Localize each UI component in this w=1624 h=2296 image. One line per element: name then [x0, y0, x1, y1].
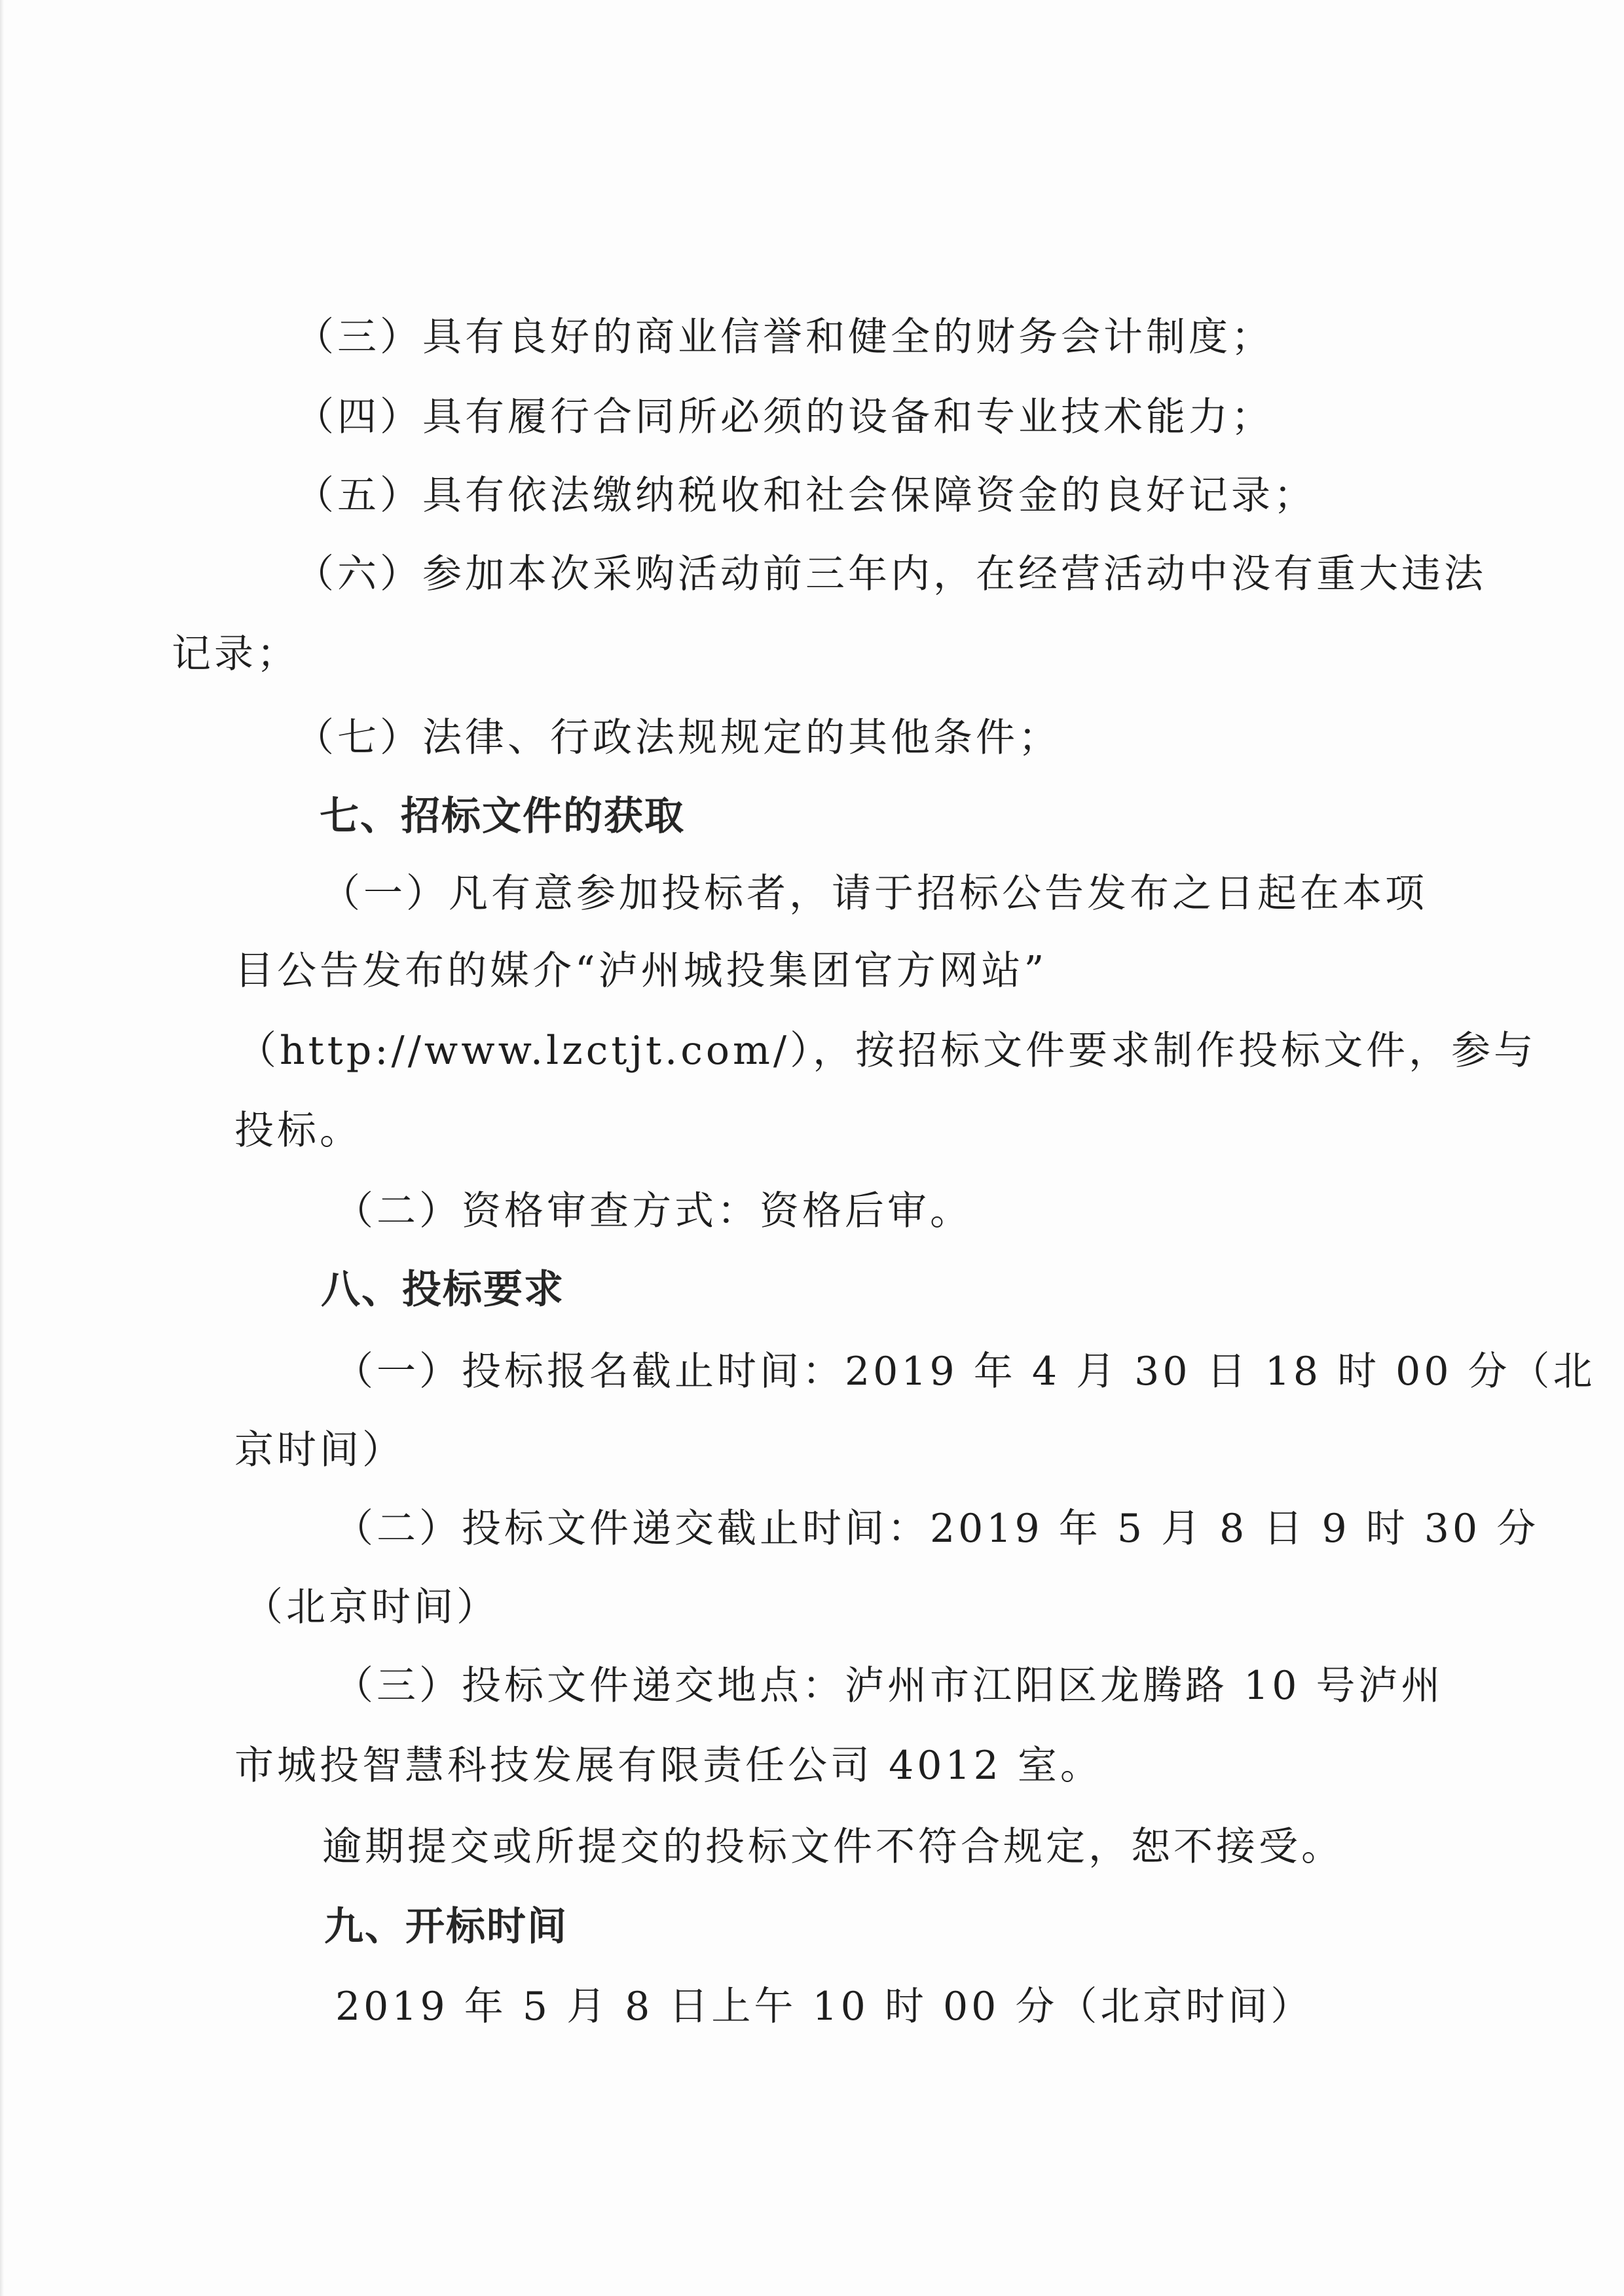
- requirement-5: （五）具有依法缴纳税收和社会保障资金的良好记录；: [295, 473, 1316, 519]
- section-heading-8: 八、投标要求: [321, 1267, 564, 1313]
- section-heading-9: 九、开标时间: [324, 1904, 568, 1950]
- section-heading-7: 七、招标文件的获取: [320, 793, 685, 839]
- opening-time: 2019 年 5 月 8 日上午 10 时 00 分（北京时间）: [335, 1984, 1313, 2030]
- requirement-3: （三）具有良好的商业信誉和健全的财务会计制度；: [295, 314, 1274, 360]
- requirement-6: （六）参加本次采购活动前三年内，在经营活动中没有重大违法: [295, 551, 1486, 597]
- bid-item-2-cont: （北京时间）: [244, 1584, 499, 1630]
- obtain-item-1-cont-1: 目公告发布的媒介“泸州城投集团官方网站”: [234, 948, 1047, 994]
- bid-item-3-cont: 市城投智慧科技发展有限责任公司 4012 室。: [234, 1743, 1103, 1789]
- requirement-7: （七）法律、行政法规规定的其他条件；: [295, 715, 1061, 761]
- obtain-item-1-cont-url: （http://www.lzctjt.com/），按招标文件要求制作投标文件，参…: [237, 1028, 1536, 1074]
- requirement-6-continuation: 记录；: [172, 631, 299, 677]
- requirement-4: （四）具有履行合同所必须的设备和专业技术能力；: [295, 394, 1274, 440]
- bid-item-2: （二）投标文件递交截止时间：2019 年 5 月 8 日 9 时 30 分: [334, 1506, 1539, 1552]
- obtain-item-1-cont-2: 投标。: [234, 1108, 362, 1154]
- bid-item-3: （三）投标文件递交地点：泸州市江阳区龙腾路 10 号泸州: [334, 1663, 1444, 1709]
- scan-edge-shadow: [0, 0, 4, 2296]
- obtain-item-1: （一）凡有意参加投标者，请于招标公告发布之日起在本项: [321, 871, 1428, 917]
- bid-item-1-cont: 京时间）: [234, 1427, 405, 1473]
- bid-item-1: （一）投标报名截止时间：2019 年 4 月 30 日 18 时 00 分（北: [334, 1349, 1596, 1394]
- late-submission-note: 逾期提交或所提交的投标文件不符合规定，恕不接受。: [322, 1824, 1344, 1870]
- obtain-item-2: （二）资格审查方式：资格后审。: [334, 1188, 972, 1234]
- document-page: （三）具有良好的商业信誉和健全的财务会计制度； （四）具有履行合同所必须的设备和…: [0, 0, 1624, 2296]
